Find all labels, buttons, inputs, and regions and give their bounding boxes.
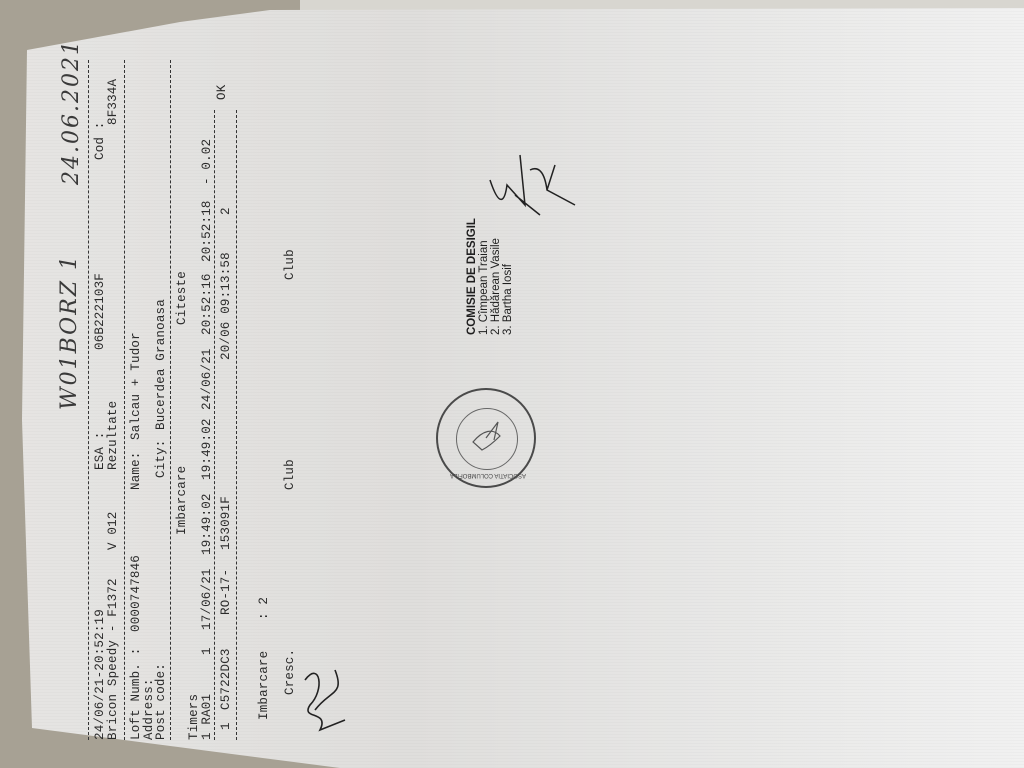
cod-label: Cod : (94, 121, 107, 160)
imbarcare-time: 19:49:02 (201, 493, 214, 555)
pigeon-chip: C5722DC3 (220, 648, 233, 710)
club-label-1: Club (284, 459, 297, 490)
citeste-time-2: 20:52:18 (201, 200, 214, 262)
arrival-time: 20/06 09:13:58 (220, 252, 233, 360)
club-stamp: ASOCIATIA COLUMBOFILA (436, 388, 536, 488)
signature-commission (485, 150, 585, 220)
divider (236, 110, 237, 740)
ring-number: 153091F (220, 496, 233, 550)
imbarcare-time-2: 19:49:02 (201, 418, 214, 480)
rezultate-label: Rezultate (107, 401, 120, 470)
timers-label: Timers (188, 694, 201, 740)
column-imbarcare: Imbarcare (176, 466, 189, 535)
loft-number: 0000747846 (130, 555, 143, 632)
svg-text:ASOCIATIA COLUMBOFILA: ASOCIATIA COLUMBOFILA (450, 472, 526, 478)
timestamp: 24/06/21-20:52:19 (94, 609, 107, 740)
device-name: Bricon Speedy - F1372 (107, 578, 120, 740)
cod-value: 8F334A (107, 79, 120, 125)
divider (124, 60, 125, 740)
city-label: City: (155, 439, 168, 478)
status-ok: OK (216, 85, 229, 100)
position: 2 (220, 207, 233, 215)
race-result-receipt: W01BORZ 1 24.06.2021 24/06/21-20:52:19 E… (80, 40, 310, 740)
rezultate-value: 06B222103F (94, 273, 107, 350)
summary-imbarcare-value: : 2 (258, 597, 271, 620)
handwritten-date: 24.06.2021 (66, 39, 79, 185)
summary-imbarcare-label: Imbarcare (258, 651, 271, 720)
commission-title: COMISIE DE DESIGIL (466, 175, 478, 335)
citeste-time: 20:52:16 (201, 273, 214, 335)
timer-id: 1 RA01 (201, 694, 214, 740)
version: V 012 (107, 511, 120, 550)
postcode-label: Post code: (155, 663, 168, 740)
name-label: Name: (130, 451, 143, 490)
loft-label: Loft Numb. : (130, 648, 143, 740)
esa-label: ESA : (94, 431, 107, 470)
deviation: - 0.02 (201, 139, 214, 185)
owner-name: Salcau + Tudor (130, 332, 143, 440)
divider (214, 110, 215, 740)
citeste-date: 24/06/21 (201, 348, 214, 410)
pigeon-emblem-icon: ASOCIATIA COLUMBOFILA (438, 390, 538, 490)
city-value: Bucerdea Granoasa (155, 299, 168, 430)
signature-cresc (290, 650, 360, 740)
divider (170, 60, 171, 740)
handwritten-label: W01BORZ 1 (64, 254, 77, 410)
pigeon-num: 1 (220, 722, 233, 730)
ring-prefix: RO-17- (220, 569, 233, 615)
divider (88, 60, 89, 740)
club-label-2: Club (284, 249, 297, 280)
imbarcare-date: 17/06/21 (201, 568, 214, 630)
column-citeste: Citeste (176, 271, 189, 325)
timer-num: 1 (201, 647, 214, 655)
